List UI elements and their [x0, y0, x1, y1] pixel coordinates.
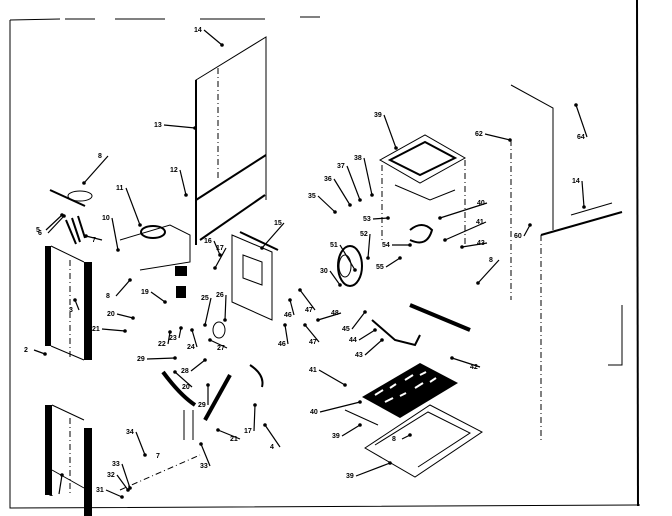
- leader-line: [117, 314, 133, 318]
- part-number-label: 20: [107, 311, 115, 318]
- part-number-label: 47: [305, 307, 313, 314]
- leader-dot: [353, 268, 357, 272]
- leader-dot: [123, 329, 127, 333]
- leader-dot: [190, 328, 194, 332]
- part-number-label: 28: [181, 368, 189, 375]
- part-number-label: 12: [170, 167, 178, 174]
- leader-line: [151, 292, 165, 302]
- flue-collar: [120, 225, 190, 270]
- leader-dot: [333, 210, 337, 214]
- gas-valve-assembly: [163, 266, 263, 440]
- leader-dot: [62, 214, 66, 218]
- control-panel: [232, 232, 278, 320]
- part-number-label: 29: [198, 402, 206, 409]
- part-number-label: 62: [475, 131, 483, 138]
- exploded-parts-diagram: 1234567788881011121314141516171719202021…: [0, 0, 672, 516]
- part-number-label: 19: [141, 289, 149, 296]
- part-number-label: 11: [116, 185, 124, 192]
- part-number-label: 33: [200, 463, 208, 470]
- callout-46: 46: [278, 323, 288, 348]
- leader-dot: [206, 383, 210, 387]
- part-number-label: 48: [331, 310, 339, 317]
- callout-55: 55: [376, 256, 402, 271]
- leader-line: [386, 258, 400, 267]
- leader-dot: [380, 338, 384, 342]
- callout-24: 24: [187, 328, 197, 351]
- part-number-label: 27: [217, 345, 225, 352]
- part-number-label: 7: [92, 237, 96, 244]
- leader-dot: [582, 205, 586, 209]
- callout-8: 8: [82, 153, 108, 185]
- callout-13: 13: [154, 122, 197, 130]
- callout-52: 52: [360, 231, 370, 260]
- leader-line: [205, 298, 211, 325]
- callout-47: 47: [298, 288, 315, 314]
- part-number-label: 8: [106, 293, 110, 300]
- right-side-panels: [511, 85, 622, 440]
- upper-door-panel: [196, 37, 266, 245]
- callout-14: 14: [194, 27, 224, 47]
- callout-53: 53: [363, 216, 390, 223]
- leader-line: [342, 425, 360, 436]
- leader-line: [318, 196, 335, 212]
- callout-20: 20: [107, 311, 135, 320]
- callout-48: 48: [316, 310, 341, 322]
- part-number-label: 24: [187, 344, 195, 351]
- callout-45: 45: [342, 310, 367, 333]
- callout-8: 8: [106, 278, 132, 300]
- leader-dot: [173, 356, 177, 360]
- leader-dot: [388, 461, 392, 465]
- leader-line: [352, 312, 365, 329]
- leader-dot: [208, 338, 212, 342]
- callout-39: 39: [346, 461, 392, 480]
- leader-dot: [338, 283, 342, 287]
- callout-27: 27: [208, 338, 227, 352]
- leader-line: [365, 340, 382, 355]
- part-number-label: 36: [324, 176, 332, 183]
- part-number-label: 64: [577, 134, 585, 141]
- part-number-label: 46: [278, 341, 286, 348]
- leader-dot: [508, 138, 512, 142]
- part-number-label: 41: [476, 219, 484, 226]
- part-number-label: 47: [309, 339, 317, 346]
- leader-dot: [316, 318, 320, 322]
- callout-41: 41: [309, 367, 347, 387]
- leader-dot: [408, 243, 412, 247]
- callout-8: 8: [476, 257, 499, 285]
- part-number-label: 4: [270, 444, 274, 451]
- leader-dot: [179, 326, 183, 330]
- part-number-label: 21: [92, 326, 100, 333]
- part-number-label: 30: [320, 268, 328, 275]
- part-number-label: 51: [330, 242, 338, 249]
- part-callouts: 1234567788881011121314141516171719202021…: [24, 27, 587, 499]
- callout-7: 7: [84, 234, 102, 244]
- leader-dot: [138, 223, 142, 227]
- callout-17: 17: [244, 403, 257, 435]
- leader-dot: [82, 181, 86, 185]
- part-number-label: 44: [349, 337, 357, 344]
- callout-31: 31: [96, 487, 124, 499]
- leader-line: [164, 125, 195, 128]
- part-number-label: 39: [346, 473, 354, 480]
- part-number-label: 8: [98, 153, 102, 160]
- callout-21: 21: [216, 428, 240, 443]
- leader-dot: [460, 245, 464, 249]
- callout-60: 60: [514, 223, 532, 240]
- leader-dot: [408, 433, 412, 437]
- leader-line: [59, 475, 62, 494]
- leader-dot: [363, 310, 367, 314]
- leader-line: [334, 179, 350, 205]
- leader-dot: [438, 216, 442, 220]
- part-number-label: 33: [112, 461, 120, 468]
- part-number-label: 40: [310, 409, 318, 416]
- leader-line: [373, 218, 388, 219]
- part-number-label: 13: [154, 122, 162, 129]
- part-number-label: 25: [201, 295, 209, 302]
- part-number-label: 15: [274, 220, 282, 227]
- leader-dot: [203, 323, 207, 327]
- part-number-label: 1: [49, 491, 53, 498]
- leader-dot: [163, 300, 167, 304]
- part-number-label: 41: [309, 367, 317, 374]
- leader-dot: [450, 356, 454, 360]
- leader-line: [204, 30, 222, 45]
- part-number-label: 37: [337, 163, 345, 170]
- callout-54: 54: [382, 242, 412, 249]
- part-number-label: 42: [470, 364, 478, 371]
- part-number-label: 55: [376, 264, 384, 271]
- callout-17: 17: [213, 245, 226, 270]
- callout-35: 35: [308, 193, 337, 214]
- leader-line: [126, 188, 140, 225]
- leader-line: [46, 215, 62, 230]
- leader-dot: [213, 266, 217, 270]
- part-number-label: 38: [354, 155, 362, 162]
- callout-28: 28: [181, 358, 207, 375]
- leader-dot: [288, 298, 292, 302]
- part-number-label: 45: [342, 326, 350, 333]
- leader-line: [106, 490, 122, 497]
- leader-dot: [394, 146, 398, 150]
- part-number-label: 39: [332, 433, 340, 440]
- part-number-label: 20: [182, 384, 190, 391]
- leader-dot: [168, 330, 172, 334]
- part-number-label: 17: [216, 245, 224, 252]
- callout-29: 29: [137, 356, 177, 363]
- part-number-label: 31: [96, 487, 104, 494]
- leader-line: [147, 358, 175, 359]
- callout-4: 4: [263, 423, 280, 451]
- leader-dot: [528, 223, 532, 227]
- callout-8: 8: [392, 433, 412, 443]
- callout-46: 46: [284, 298, 294, 319]
- callout-26: 26: [216, 292, 227, 322]
- callout-39: 39: [332, 423, 362, 440]
- leader-dot: [263, 423, 267, 427]
- part-number-label: 52: [360, 231, 368, 238]
- part-number-label: 2: [24, 347, 28, 354]
- leader-dot: [348, 203, 352, 207]
- leader-dot: [303, 323, 307, 327]
- leader-dot: [223, 318, 227, 322]
- leader-dot: [398, 256, 402, 260]
- leader-dot: [43, 352, 47, 356]
- leader-line: [359, 330, 375, 340]
- part-number-label: 60: [514, 233, 522, 240]
- leader-dot: [476, 281, 480, 285]
- leader-dot: [386, 216, 390, 220]
- leader-line: [356, 463, 390, 476]
- leader-dot: [373, 328, 377, 332]
- callout-64: 64: [574, 103, 587, 141]
- leader-line: [384, 115, 396, 148]
- callout-29: 29: [198, 383, 210, 409]
- callout-33: 33: [199, 442, 210, 470]
- leader-line: [191, 360, 205, 371]
- part-number-label: 35: [308, 193, 316, 200]
- part-number-label: 34: [126, 429, 134, 436]
- part-number-label: 6: [38, 230, 42, 237]
- leader-dot: [143, 453, 147, 457]
- leader-dot: [173, 370, 177, 374]
- leader-dot: [574, 103, 578, 107]
- leader-dot: [199, 442, 203, 446]
- leader-dot: [60, 473, 64, 477]
- part-number-label: 29: [137, 356, 145, 363]
- callout-42: 42: [450, 356, 480, 371]
- leader-dot: [203, 358, 207, 362]
- leader-dot: [343, 383, 347, 387]
- part-number-label: 40: [477, 200, 485, 207]
- leader-dot: [358, 423, 362, 427]
- callout-2: 2: [24, 347, 47, 356]
- part-number-label: 54: [382, 242, 390, 249]
- leader-dot: [443, 238, 447, 242]
- callout-43: 43: [460, 240, 487, 249]
- leader-line: [180, 170, 186, 195]
- leader-line: [524, 225, 530, 236]
- leader-dot: [220, 43, 224, 47]
- leader-dot: [131, 316, 135, 320]
- part-number-label: 10: [102, 215, 110, 222]
- leader-line: [368, 234, 370, 258]
- part-number-label: 43: [477, 240, 485, 247]
- leader-dot: [366, 256, 370, 260]
- leader-line: [84, 156, 108, 183]
- callout-40: 40: [438, 200, 487, 220]
- base-plate: [120, 455, 200, 490]
- part-number-label: 39: [374, 112, 382, 119]
- leader-dot: [253, 403, 257, 407]
- leader-line: [485, 134, 510, 140]
- part-number-label: 22: [158, 341, 166, 348]
- heat-exchanger-grate: [345, 363, 458, 425]
- leader-dot: [216, 428, 220, 432]
- callout-7: 7: [156, 453, 160, 460]
- leader-dot: [84, 234, 88, 238]
- leader-dot: [184, 193, 188, 197]
- leader-line: [319, 370, 345, 385]
- leader-dot: [260, 246, 264, 250]
- leader-line: [112, 218, 118, 250]
- leader-dot: [370, 193, 374, 197]
- part-number-label: 21: [230, 436, 238, 443]
- frame: [10, 0, 640, 508]
- callout-34: 34: [126, 429, 147, 457]
- callout-19: 19: [141, 289, 167, 304]
- leader-dot: [120, 495, 124, 499]
- leader-line: [48, 216, 64, 233]
- leader-line: [102, 329, 125, 331]
- part-number-label: 8: [392, 436, 396, 443]
- part-number-label: 53: [363, 216, 371, 223]
- leader-line: [136, 432, 145, 455]
- part-number-label: 17: [244, 428, 252, 435]
- leader-line: [254, 405, 255, 431]
- part-number-label: 43: [355, 352, 363, 359]
- callout-37: 37: [337, 163, 362, 202]
- leader-line: [340, 245, 355, 270]
- callout-33: 33: [112, 461, 132, 490]
- callout-44: 44: [349, 328, 377, 344]
- leader-line: [225, 295, 226, 320]
- part-number-label: 8: [489, 257, 493, 264]
- leader-dot: [128, 278, 132, 282]
- callout-11: 11: [116, 185, 142, 227]
- callout-23: 23: [169, 326, 183, 342]
- leader-dot: [358, 198, 362, 202]
- leader-dot: [298, 288, 302, 292]
- callout-43: 43: [355, 338, 384, 359]
- leader-dot: [283, 323, 287, 327]
- callout-6: 6: [38, 214, 66, 237]
- callout-15: 15: [260, 220, 284, 250]
- callout-47: 47: [303, 323, 319, 346]
- callout-21: 21: [92, 326, 127, 333]
- callout-12: 12: [170, 167, 188, 197]
- part-number-label: 26: [216, 292, 224, 299]
- part-number-label: 14: [572, 178, 580, 185]
- leader-line: [116, 280, 130, 296]
- leader-line: [364, 158, 372, 195]
- part-number-label: 32: [107, 472, 115, 479]
- callout-39: 39: [374, 112, 398, 150]
- part-number-label: 46: [284, 312, 292, 319]
- cabinet-side-panel: [45, 246, 92, 516]
- part-number-label: 3: [69, 307, 73, 314]
- leader-dot: [116, 248, 120, 252]
- leader-line: [347, 166, 360, 200]
- leader-dot: [73, 298, 77, 302]
- callout-32: 32: [107, 472, 130, 492]
- callout-10: 10: [102, 215, 120, 252]
- leader-line: [320, 402, 360, 412]
- leader-dot: [128, 486, 132, 490]
- part-number-label: 16: [204, 238, 212, 245]
- burner-assembly: [372, 305, 470, 345]
- leader-line: [576, 105, 587, 137]
- part-number-label: 23: [169, 335, 177, 342]
- part-number-label: 14: [194, 27, 202, 34]
- leader-dot: [358, 400, 362, 404]
- callout-14: 14: [572, 178, 586, 209]
- part-number-label: 7: [156, 453, 160, 460]
- leader-dot: [193, 126, 197, 130]
- callout-25: 25: [201, 295, 211, 327]
- callout-62: 62: [475, 131, 512, 142]
- callout-36: 36: [324, 176, 352, 207]
- leader-line: [582, 181, 584, 207]
